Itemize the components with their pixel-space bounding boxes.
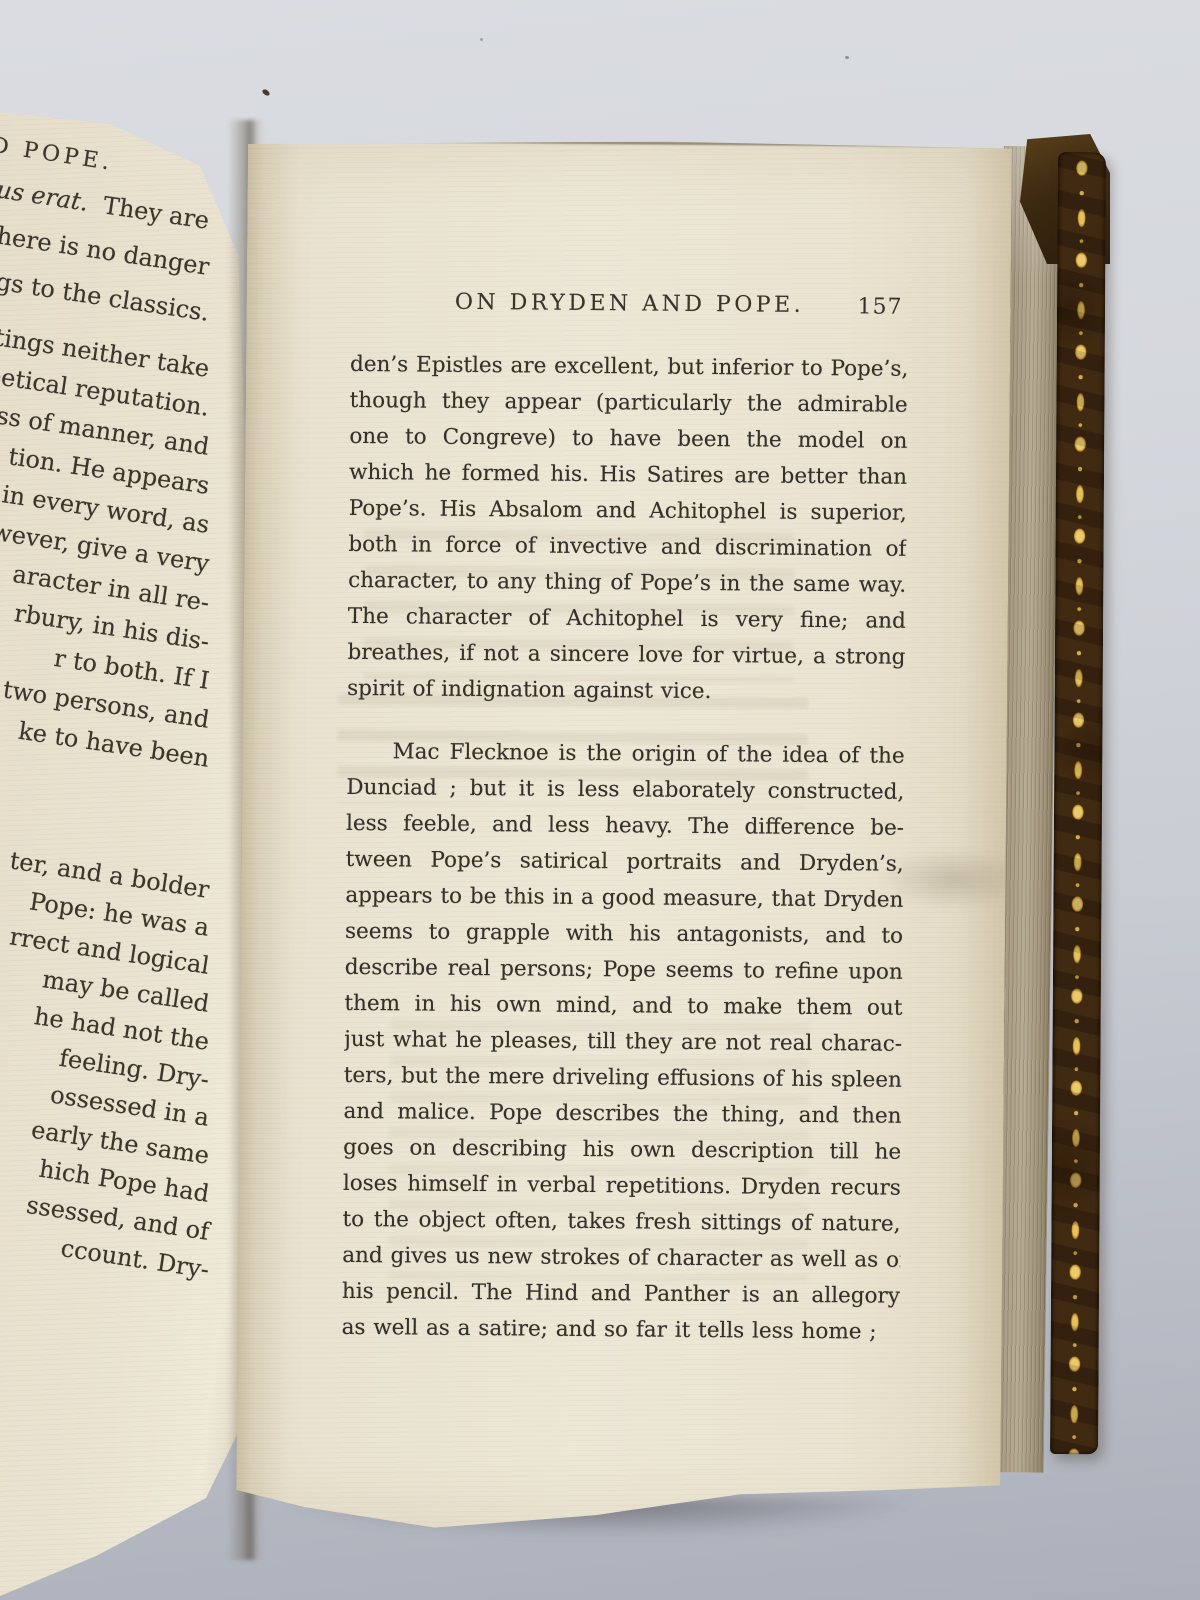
text-line: goes on describing his own description t… xyxy=(343,1130,901,1171)
text-line: to the object often, takes fresh sitting… xyxy=(342,1202,900,1243)
text-line: which he formed his. His Satires are bet… xyxy=(349,455,907,496)
dust-speck xyxy=(261,88,270,97)
running-header: ON DRYDEN AND POPE. xyxy=(350,289,908,319)
running-header-row: ON DRYDEN AND POPE. 157 xyxy=(350,289,908,328)
left-page-lines: ter, and a bolderPope: he was arrect and… xyxy=(0,871,215,1289)
text-line: just what he pleases, till they are not … xyxy=(344,1022,902,1063)
left-page-lines: : there is no dangerings to the classics… xyxy=(0,244,215,336)
text-line: his pencil. The Hind and Panther is an a… xyxy=(342,1274,900,1315)
right-page-text: ON DRYDEN AND POPE. 157 den’s Epistles a… xyxy=(341,289,908,1351)
text-line: ters, but the mere driveling effusions o… xyxy=(344,1058,902,1099)
text-line: The character of Achitophel is very fine… xyxy=(348,599,906,640)
text-line: them in his own mind, and to make them o… xyxy=(344,986,902,1027)
left-page-paragraph-fragment: rsus erat. They are : there is no danger… xyxy=(0,198,215,336)
text-line: appears to be this in a good measure, th… xyxy=(345,878,903,919)
text-line: Pope’s. His Absalom and Achitophel is su… xyxy=(349,491,907,532)
text-line: both in force of invective and discrimin… xyxy=(348,527,906,568)
text-line: as well as a satire; and so far it tells… xyxy=(341,1310,899,1351)
gilt-tooled-board-edge xyxy=(1050,152,1106,1454)
text-line: spirit of indignation against vice. xyxy=(347,671,905,712)
dust-speck xyxy=(480,38,483,41)
text-line: tween Pope’s satirical portraits and Dry… xyxy=(346,842,904,883)
italic-fragment: rsus erat. xyxy=(0,172,90,217)
line-fragment: They are xyxy=(101,191,211,234)
text-line: Dunciad ; but it is less elaborately con… xyxy=(346,770,904,811)
dust-speck xyxy=(845,56,849,59)
text-line: seems to grapple with his antagonists, a… xyxy=(345,914,903,955)
left-page-paragraph-fragment: ritings neither takepoetical reputation.… xyxy=(0,350,215,779)
book-photograph: D POPE. rsus erat. They are : there is n… xyxy=(0,0,1200,1600)
left-page-lines: ritings neither takepoetical reputation.… xyxy=(0,350,215,779)
left-page-paragraph-fragment: ter, and a bolderPope: he was arrect and… xyxy=(0,871,215,1289)
right-page: ON DRYDEN AND POPE. 157 den’s Epistles a… xyxy=(236,138,1012,1533)
text-line: and gives us new strokes of character as… xyxy=(342,1238,900,1279)
text-line: character, to any thing of Pope’s in the… xyxy=(348,563,906,604)
text-line: describe real persons; Pope seems to ref… xyxy=(345,950,903,991)
text-line: one to Congreve) to have been the model … xyxy=(349,419,907,460)
paragraph: Mac Flecknoe is the origin of the idea o… xyxy=(341,734,904,1351)
text-line: den’s Epistles are excellent, but inferi… xyxy=(350,347,908,388)
paragraph: den’s Epistles are excellent, but inferi… xyxy=(347,347,908,712)
text-line: and malice. Pope describes the thing, an… xyxy=(343,1094,901,1135)
page-number: 157 xyxy=(857,294,902,319)
text-line: though they appear (particularly the adm… xyxy=(350,383,908,424)
text-line: loses himself in verbal repetitions. Dry… xyxy=(343,1166,901,1207)
text-line: breathes, if not a sincere love for virt… xyxy=(347,635,905,676)
text-line: Mac Flecknoe is the origin of the idea o… xyxy=(346,734,904,775)
text-line: less feeble, and less heavy. The differe… xyxy=(346,806,904,847)
left-page-text: D POPE. rsus erat. They are : there is n… xyxy=(0,146,215,1289)
